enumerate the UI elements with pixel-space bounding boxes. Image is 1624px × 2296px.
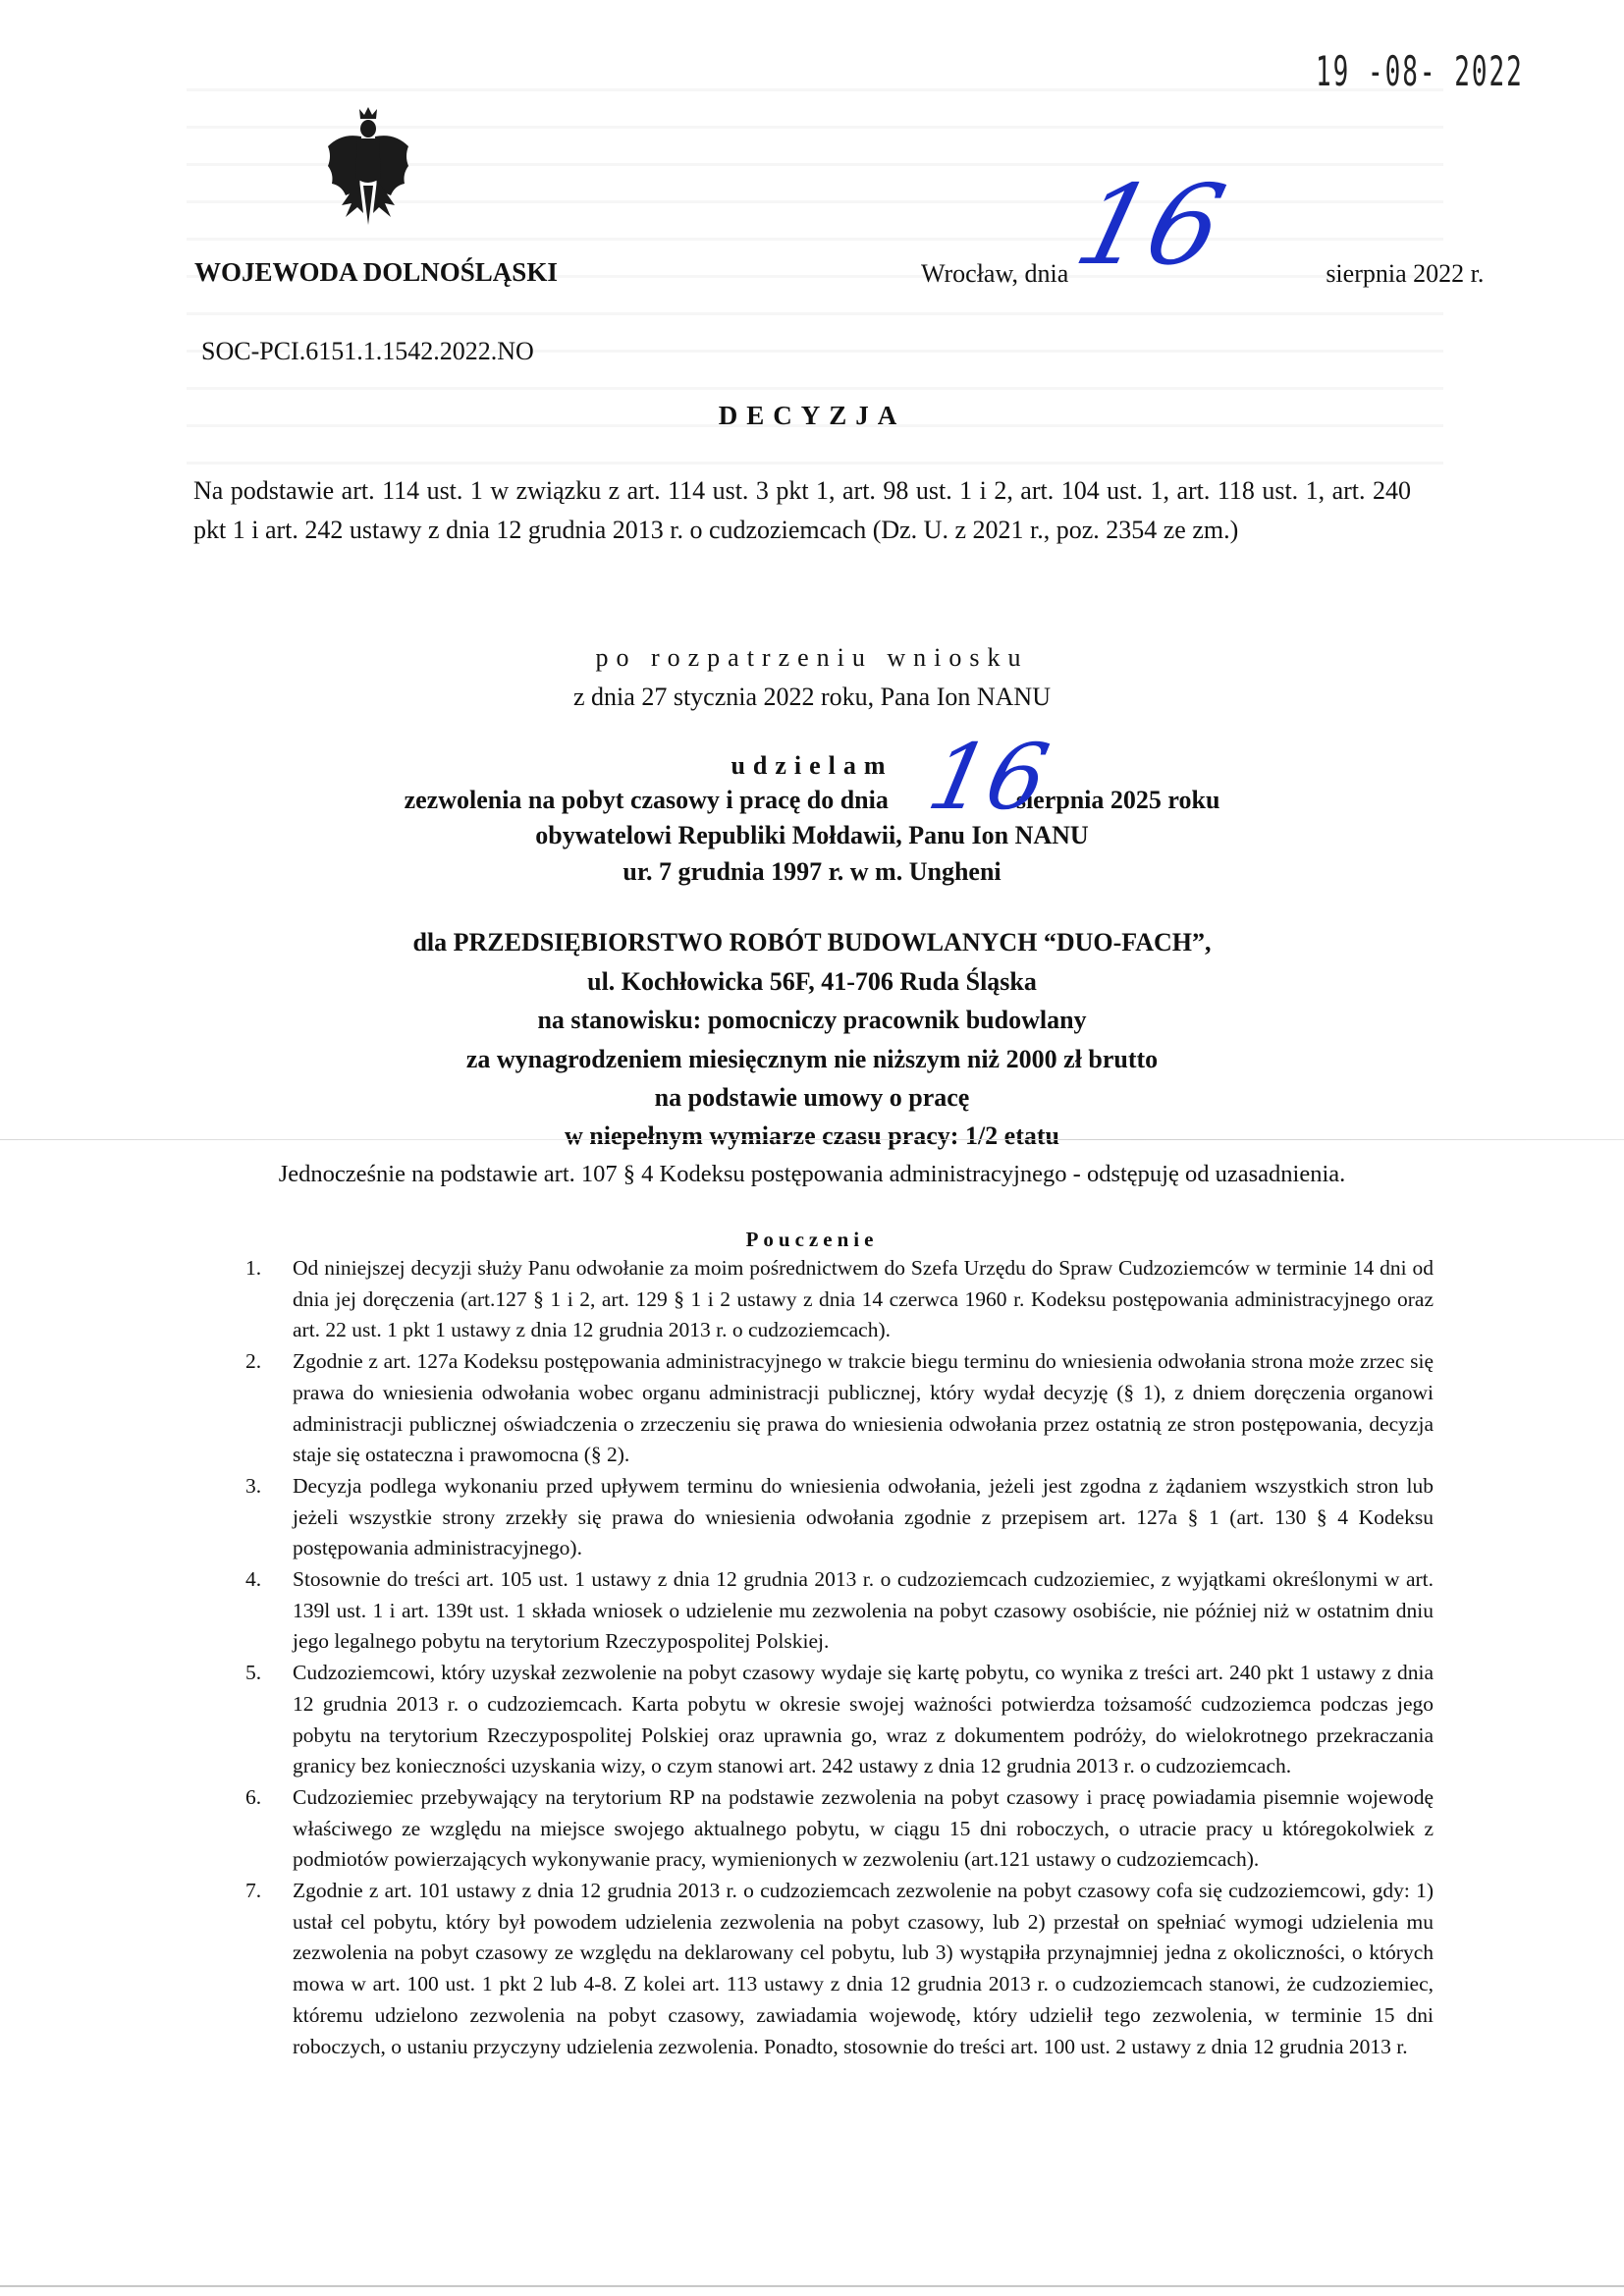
place-date-prefix: Wrocław, dnia [921, 259, 1068, 288]
legal-basis: Na podstawie art. 114 ust. 1 w związku z… [193, 471, 1411, 550]
grant-line: udzielam [0, 751, 1624, 781]
permit-line: zezwolenia na pobyt czasowy i pracę do d… [0, 786, 1624, 815]
issuing-authority: WOJEWODA DOLNOŚLĄSKI [194, 257, 558, 288]
instruction-item: 1.Od niniejszej decyzji służy Panu odwoł… [226, 1253, 1434, 1346]
employer-line: dla PRZEDSIĘBIORSTWO ROBÓT BUDOWLANYCH “… [0, 928, 1624, 957]
instruction-item: 7.Zgodnie z art. 101 ustawy z dnia 12 gr… [226, 1876, 1434, 2062]
considering-line: po rozpatrzeniu wniosku [0, 643, 1624, 673]
instructions-list: 1.Od niniejszej decyzji służy Panu odwoł… [226, 1253, 1434, 2062]
polish-eagle-emblem-icon [324, 103, 412, 241]
salary-line: za wynagrodzeniem miesięcznym nie niższy… [0, 1045, 1624, 1074]
position-line: na stanowisku: pomocniczy pracownik budo… [0, 1006, 1624, 1035]
received-date-stamp: 19 -08- 2022 [1316, 49, 1524, 96]
page-bottom-edge [0, 2285, 1624, 2287]
handwritten-permit-day: 16 [920, 725, 1057, 830]
document-title: DECYZJA [0, 401, 1624, 431]
instruction-item: 2.Zgodnie z art. 127a Kodeksu postępowan… [226, 1346, 1434, 1471]
document-page: 19 -08- 2022 WOJEWODA DOLNOŚLĄSKI Wrocła… [0, 0, 1624, 2296]
permit-suffix: sierpnia 2025 roku [1016, 786, 1220, 814]
contract-line: na podstawie umowy o pracę [0, 1083, 1624, 1113]
instruction-item: 3.Decyzja podlega wykonaniu przed upływe… [226, 1471, 1434, 1564]
justification-note: Jednocześnie na podstawie art. 107 § 4 K… [0, 1161, 1624, 1188]
citizen-line: obywatelowi Republiki Mołdawii, Panu Ion… [0, 821, 1624, 850]
instruction-item: 4.Stosownie do treści art. 105 ust. 1 us… [226, 1564, 1434, 1658]
instructions-title: Pouczenie [0, 1228, 1624, 1252]
paper-fold-line [0, 1139, 1624, 1140]
birth-line: ur. 7 grudnia 1997 r. w m. Ungheni [0, 857, 1624, 887]
instruction-item: 5.Cudzoziemcowi, który uzyskał zezwoleni… [226, 1658, 1434, 1782]
application-date: z dnia 27 stycznia 2022 roku, Pana Ion N… [0, 683, 1624, 712]
instruction-item: 6.Cudzoziemiec przebywający na terytoriu… [226, 1782, 1434, 1876]
employer-address: ul. Kochłowicka 56F, 41-706 Ruda Śląska [0, 967, 1624, 997]
case-number: SOC-PCI.6151.1.1542.2022.NO [201, 337, 534, 366]
permit-prefix: zezwolenia na pobyt czasowy i pracę do d… [405, 786, 889, 814]
working-time-line: w niepełnym wymiarze czasu pracy: 1/2 et… [0, 1121, 1624, 1151]
place-date-suffix: sierpnia 2022 r. [1326, 259, 1484, 288]
